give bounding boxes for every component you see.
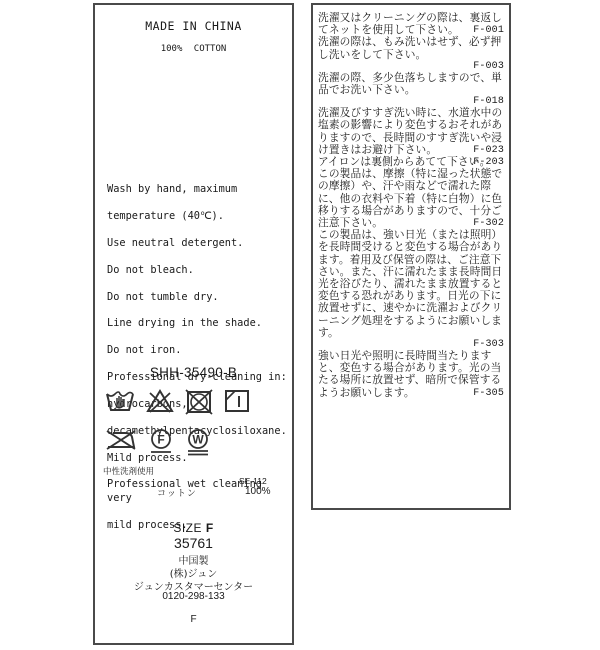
phone-number: 0120-298-133 bbox=[95, 591, 292, 602]
size-value: F bbox=[206, 521, 214, 535]
size-code: F bbox=[95, 614, 292, 625]
care-note: この製品は、強い日光（または照明）を長時間受けると変色する場合があります。着用及… bbox=[318, 229, 504, 350]
svg-text:F: F bbox=[157, 433, 164, 447]
do-not-iron-icon bbox=[105, 428, 137, 450]
care-line: Use neutral detergent. bbox=[107, 237, 288, 250]
care-note: 洗濯の際、多少色落ちしますので、単品でお洗い下さい。 F-018 bbox=[318, 72, 504, 107]
se-code: SE-112 bbox=[239, 476, 267, 486]
care-notes-jp: 洗濯又はクリーニングの際は、裏返してネットを使用して下さい。 F-001 洗濯の… bbox=[318, 12, 504, 399]
care-line: Line drying in the shade. bbox=[107, 317, 288, 330]
origin-en: MADE IN CHINA bbox=[95, 19, 292, 33]
do-not-tumble-dry-icon bbox=[185, 389, 213, 415]
line-dry-shade-icon bbox=[224, 389, 250, 413]
care-note: 洗濯又はクリーニングの際は、裏返してネットを使用して下さい。 F-001 bbox=[318, 12, 504, 36]
svg-text:W: W bbox=[192, 433, 204, 447]
hand-wash-40-icon bbox=[105, 389, 135, 413]
note-text: この製品は、強い日光（または照明）を長時間受けると変色する場合があります。着用及… bbox=[318, 229, 504, 339]
care-note: この製品は、摩擦（特に湿った状態での摩擦）や、汗や雨などで濡れた際に、他の衣料や… bbox=[318, 168, 504, 229]
care-line: Do not iron. bbox=[107, 344, 288, 357]
note-text: 洗濯の際は、もみ洗いはせず、必ず押し洗いをして下さい。 bbox=[318, 36, 504, 60]
fiber-percentage: 100% bbox=[245, 486, 271, 497]
care-line: Wash by hand, maximum bbox=[107, 183, 288, 196]
care-symbols-row-2: F W bbox=[105, 428, 211, 456]
care-note: 洗濯の際は、もみ洗いはせず、必ず押し洗いをして下さい。 F-003 bbox=[318, 36, 504, 71]
care-note: 洗濯及びすすぎ洗い時に、水道水中の塩素の影響により変色するおそれがありますので、… bbox=[318, 107, 504, 156]
note-text: 洗濯の際、多少色落ちしますので、単品でお洗い下さい。 bbox=[318, 72, 504, 96]
do-not-bleach-icon bbox=[146, 389, 174, 413]
size-line: SIZE F bbox=[95, 521, 292, 535]
fiber-content-jp: コットン bbox=[157, 486, 197, 499]
care-label-japanese: 洗濯又はクリーニングの際は、裏返してネットを使用して下さい。 F-001 洗濯の… bbox=[311, 3, 511, 510]
neutral-detergent-jp: 中性洗剤使用 bbox=[103, 465, 154, 477]
care-label-english: MADE IN CHINA 100% COTTON Wash by hand, … bbox=[93, 3, 294, 645]
product-number: 35761 bbox=[95, 535, 292, 551]
care-note: 強い日光や照明に長時間当たりますと、変色する場合があります。光の当たる場所に放置… bbox=[318, 350, 504, 399]
wet-clean-very-mild-icon: W bbox=[185, 428, 211, 456]
care-line: temperature (40℃). bbox=[107, 210, 288, 223]
size-label: SIZE bbox=[173, 521, 202, 535]
fiber-content-en: 100% COTTON bbox=[95, 44, 292, 54]
care-line: Do not tumble dry. bbox=[107, 291, 288, 304]
style-number: SHH-35490-B bbox=[95, 365, 292, 380]
care-symbols-row-1 bbox=[105, 389, 250, 415]
dry-clean-f-mild-icon: F bbox=[148, 428, 174, 454]
care-line: Do not bleach. bbox=[107, 264, 288, 277]
